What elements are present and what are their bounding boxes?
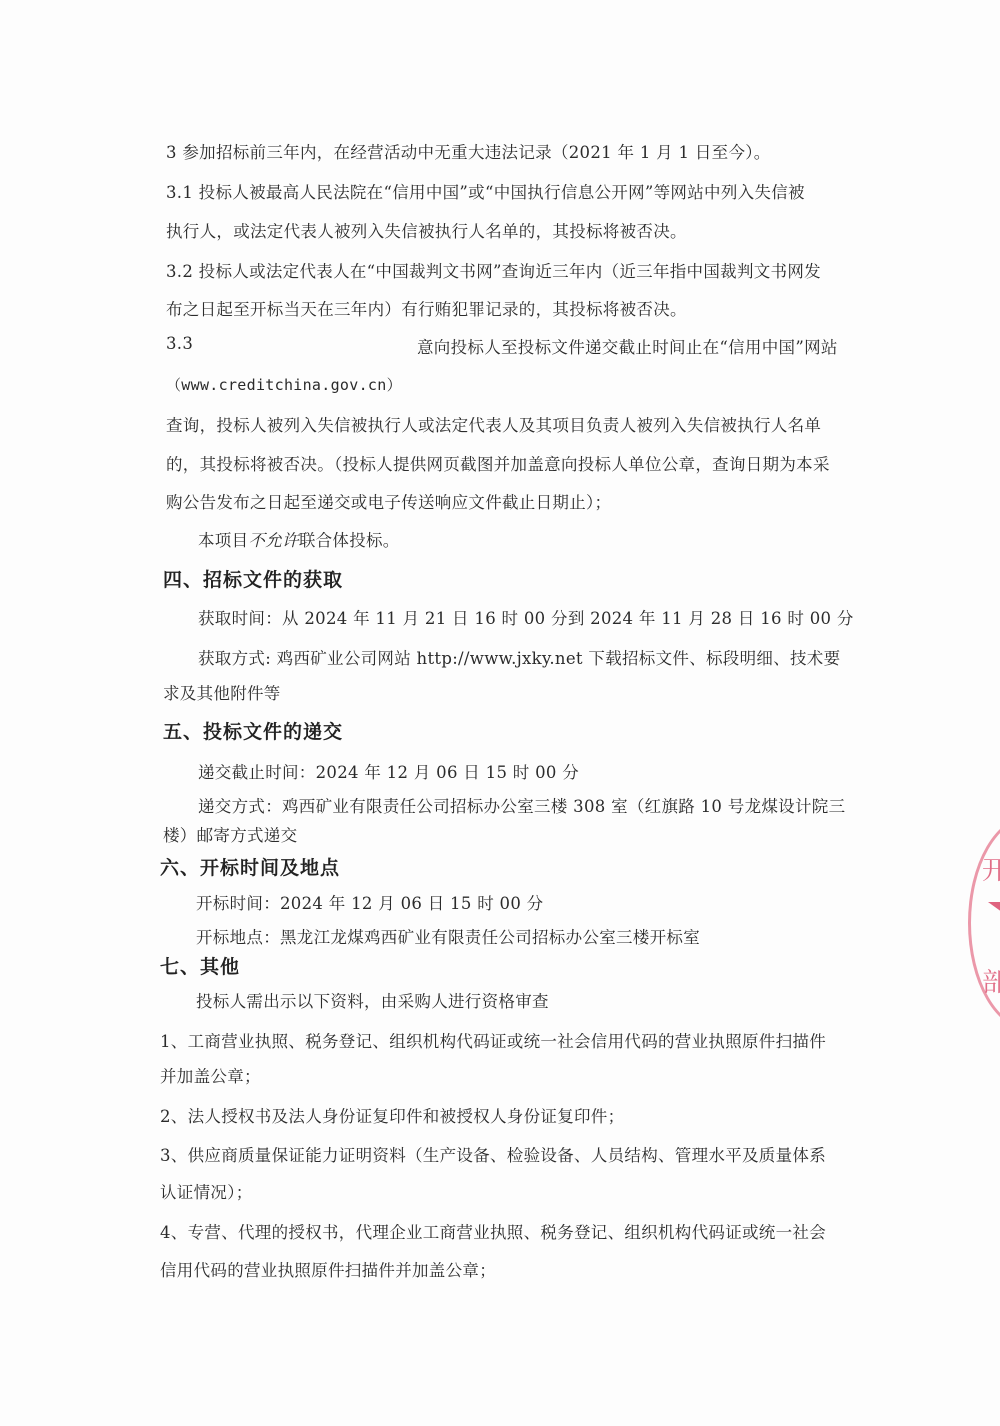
stamp-char-bottom: 部 (982, 962, 1000, 999)
section3-intro: 3 参加招标前三年内，在经营活动中无重大违法记录（2021 年 1 月 1 日至… (166, 139, 771, 163)
stamp-char-top: 开 (982, 850, 1000, 887)
consortium-not-allowed: 不允许 (248, 531, 298, 550)
acquisition-method-line2: 求及其他附件等 (163, 680, 281, 704)
consortium-note: 本项目不允许联合体投标。 (198, 527, 400, 551)
acquisition-time: 获取时间：从 2024 年 11 月 21 日 16 时 00 分到 2024 … (198, 605, 854, 629)
item-3-1-line1: 3.1 投标人被最高人民法院在“信用中国”或“中国执行信息公开网”等网站中列入失… (166, 179, 805, 203)
submission-method-line1: 递交方式：鸡西矿业有限责任公司招标办公室三楼 308 室（红旗路 10 号龙煤设… (198, 793, 845, 817)
section6-heading: 六、开标时间及地点 (160, 853, 340, 880)
requirement-1-line2: 并加盖公章； (160, 1063, 261, 1087)
stamp-star-icon (988, 902, 1000, 912)
item-3-2-line2: 布之日起至开标当天在三年内）有行贿犯罪记录的，其投标将被否决。 (166, 296, 687, 320)
opening-place: 开标地点：黑龙江龙煤鸡西矿业有限责任公司招标办公室三楼开标室 (196, 924, 700, 948)
creditchina-url: （www.creditchina.gov.cn） (166, 374, 402, 395)
section5-heading: 五、投标文件的递交 (163, 717, 343, 744)
requirement-4-line1: 4、专营、代理的授权书，代理企业工商营业执照、税务登记、组织机构代码证或统一社会 (160, 1219, 826, 1243)
item-3-3-line2: 查询，投标人被列入失信被执行人或法定代表人及其项目负责人被列入失信被执行人名单 (166, 412, 821, 436)
item-3-3-line1: 意向投标人至投标文件递交截止时间止在“信用中国”网站 (417, 334, 838, 358)
requirement-2: 2、法人授权书及法人身份证复印件和被授权人身份证复印件； (160, 1103, 624, 1127)
requirement-3-line1: 3、供应商质量保证能力证明资料（生产设备、检验设备、人员结构、管理水平及质量体系 (160, 1142, 826, 1166)
section7-intro: 投标人需出示以下资料，由采购人进行资格审查 (196, 988, 549, 1012)
requirement-1-line1: 1、工商营业执照、税务登记、组织机构代码证或统一社会信用代码的营业执照原件扫描件 (160, 1028, 826, 1052)
acquisition-method-line1: 获取方式: 鸡西矿业公司网站 http://www.jxky.net 下载招标文… (198, 645, 840, 669)
section4-heading: 四、招标文件的获取 (163, 565, 343, 592)
submission-deadline: 递交截止时间：2024 年 12 月 06 日 15 时 00 分 (198, 759, 579, 783)
item-3-2-line1: 3.2 投标人或法定代表人在“中国裁判文书网”查询近三年内（近三年指中国裁判文书… (166, 258, 821, 282)
section7-heading: 七、其他 (160, 952, 240, 979)
requirement-3-line2: 认证情况）； (160, 1179, 253, 1203)
submission-method-line2: 楼）邮寄方式递交 (163, 822, 297, 846)
opening-time: 开标时间：2024 年 12 月 06 日 15 时 00 分 (196, 890, 543, 914)
item-3-1-line2: 执行人，或法定代表人被列入失信被执行人名单的，其投标将被否决。 (166, 218, 687, 242)
requirement-4-line2: 信用代码的营业执照原件扫描件并加盖公章； (160, 1257, 496, 1281)
item-3-3-number: 3.3 (166, 334, 193, 353)
consortium-suffix: 联合体投标。 (299, 531, 400, 550)
item-3-3-line3: 的，其投标将被否决。（投标人提供网页截图并加盖意向投标人单位公章，查询日期为本采 (166, 451, 830, 475)
item-3-3-line4: 购公告发布之日起至递交或电子传送响应文件截止日期止）； (166, 489, 611, 513)
consortium-prefix: 本项目 (198, 531, 248, 550)
document-page: 3 参加招标前三年内，在经营活动中无重大违法记录（2021 年 1 月 1 日至… (0, 0, 1000, 1426)
